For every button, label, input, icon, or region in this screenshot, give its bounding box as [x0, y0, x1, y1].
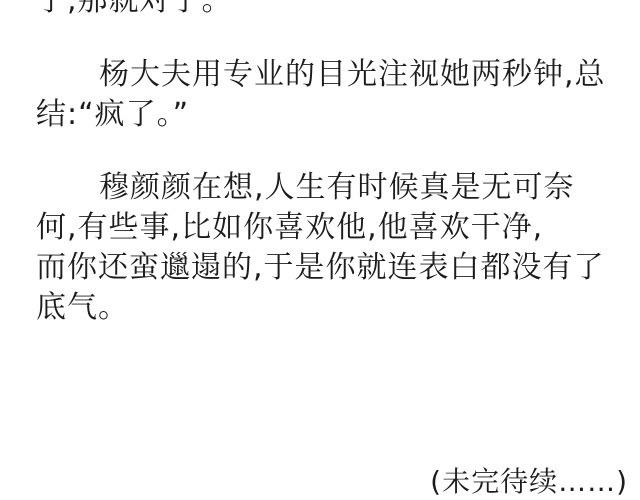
text-line: 而你还蛮邋遢的,于是你就连表白都没有了	[36, 248, 605, 288]
text-line: 底气。	[36, 288, 605, 328]
text-line: 杨大夫用专业的目光注视她两秒钟,总	[36, 55, 606, 95]
reader-page: 子,那就对了。 杨大夫用专业的目光注视她两秒钟,总 结:“疯了。” 穆颜颜在想,…	[0, 0, 640, 500]
clipped-top-text-line: 子,那就对了。	[36, 0, 233, 21]
to-be-continued-note: (未完待续……)	[430, 462, 628, 500]
paragraph: 穆颜颜在想,人生有时候真是无可奈 何,有些事,比如你喜欢他,他喜欢干净, 而你还…	[36, 168, 605, 328]
text-line: 穆颜颜在想,人生有时候真是无可奈	[36, 168, 605, 208]
text-line: 何,有些事,比如你喜欢他,他喜欢干净,	[36, 208, 605, 248]
paragraph: 杨大夫用专业的目光注视她两秒钟,总 结:“疯了。”	[36, 55, 606, 135]
text-line: 结:“疯了。”	[36, 95, 606, 135]
